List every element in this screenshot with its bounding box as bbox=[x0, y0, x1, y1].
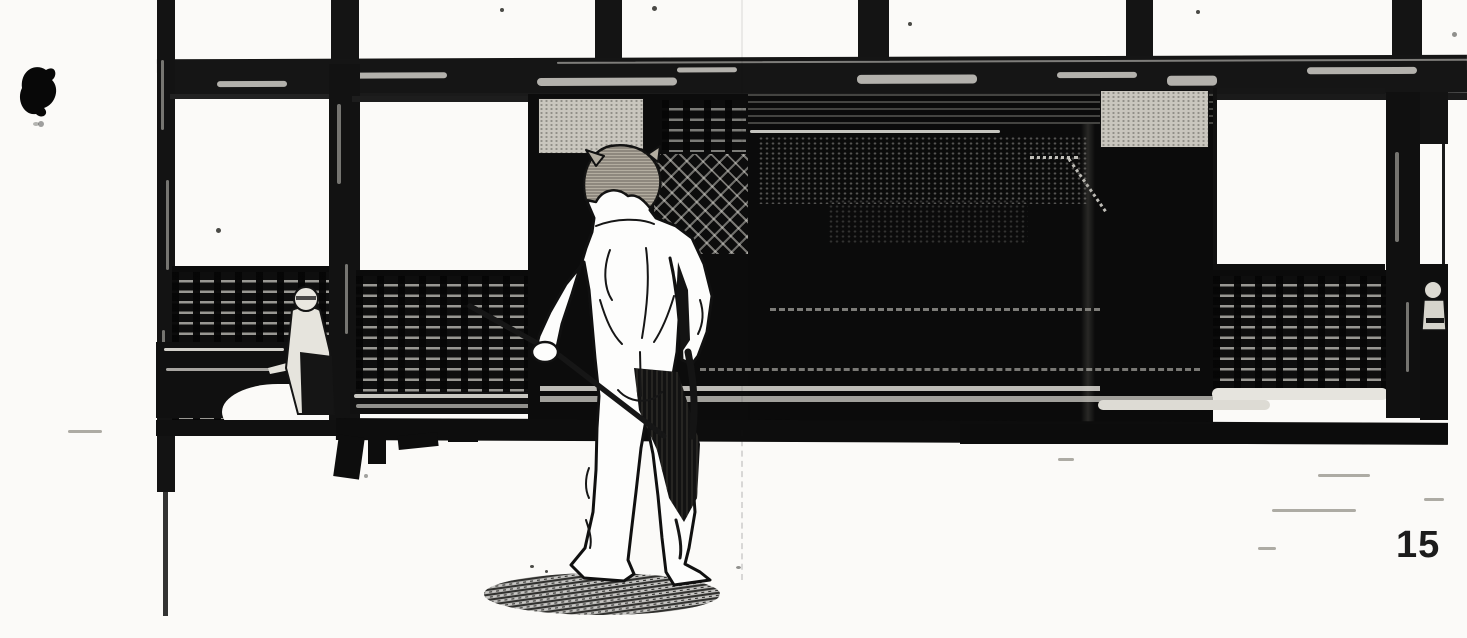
seated-onlooker-left bbox=[268, 287, 334, 414]
ink-blot bbox=[20, 67, 56, 127]
figures-overlay bbox=[0, 0, 1467, 638]
manga-panel: 15 bbox=[0, 0, 1467, 638]
standing-swordsman bbox=[470, 145, 712, 585]
page-number: 15 bbox=[1396, 524, 1440, 567]
gripping-hand bbox=[532, 342, 558, 362]
seated-onlooker-right bbox=[1422, 281, 1446, 330]
